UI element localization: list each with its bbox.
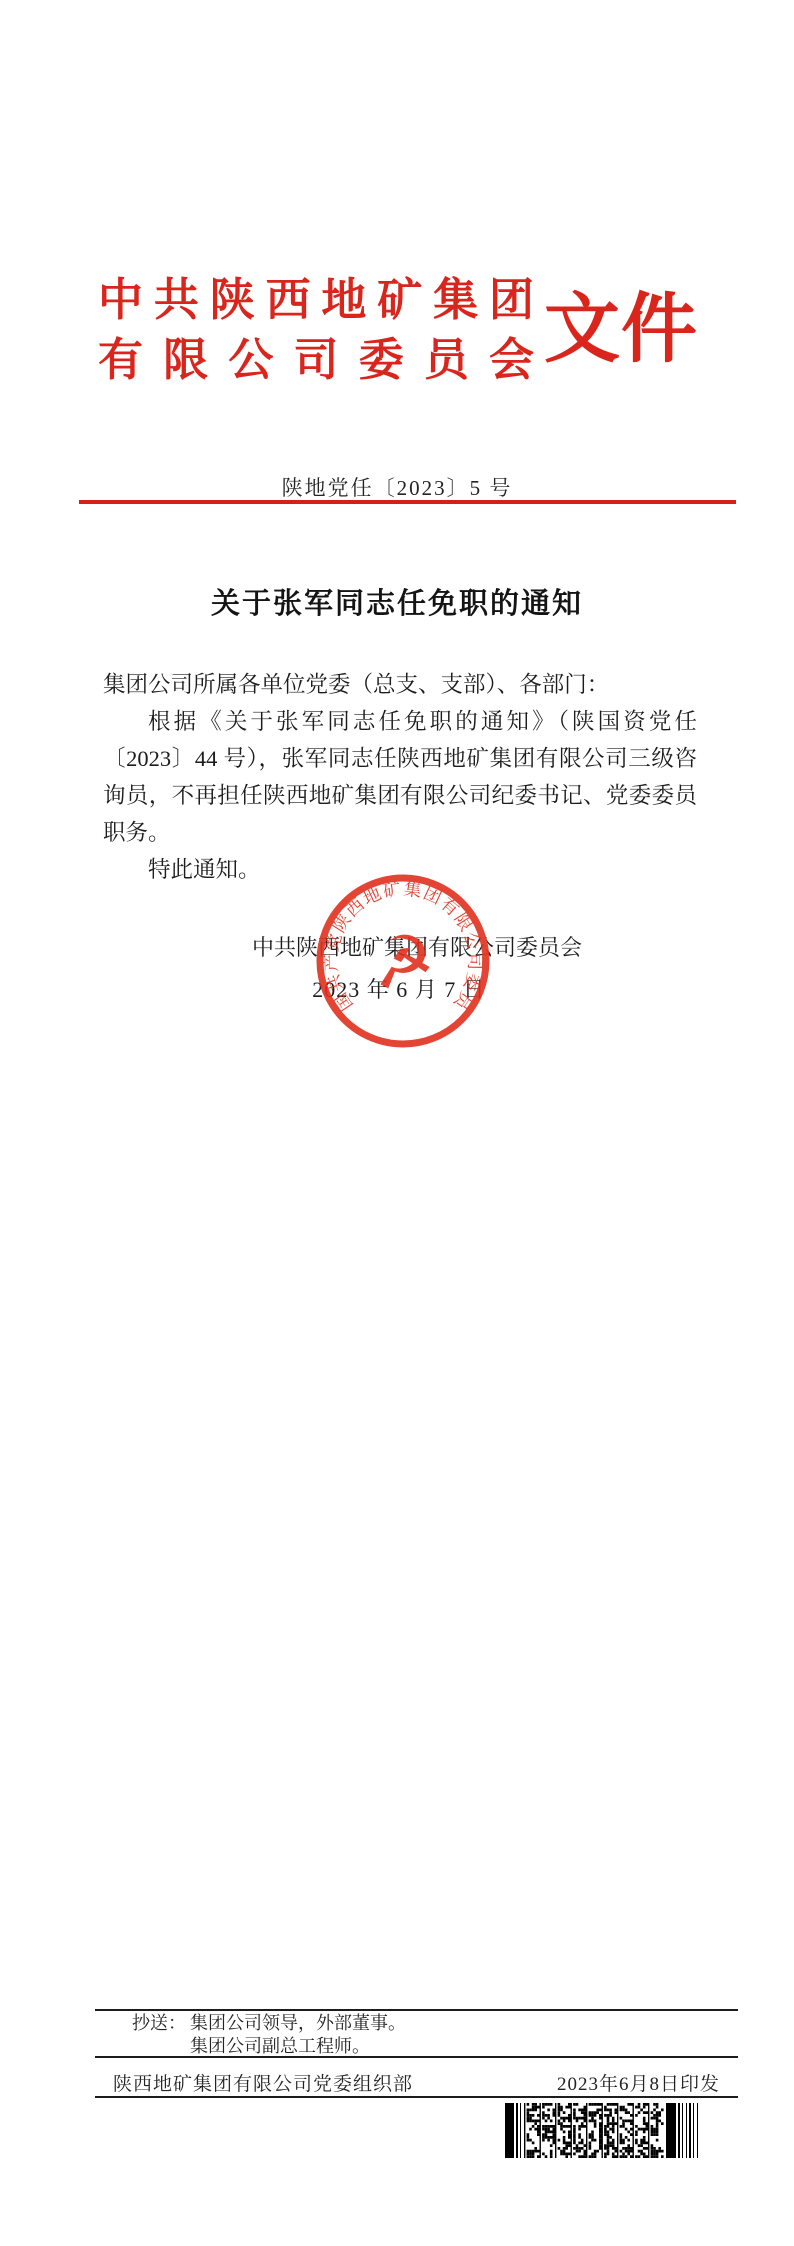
signature-block: 中共陕西地矿集团有限公司委员会 2023 年 6 月 7 日 [250,931,584,1004]
signature-org: 中共陕西地矿集团有限公司委员会 [252,935,582,960]
footer-divider-bottom [95,2096,738,2098]
org-name-line2: 有限公司委员会 [98,330,534,390]
closing-line: 特此通知。 [103,851,697,888]
document-title: 关于张军同志任免职的通知 [0,581,794,622]
issuer-name: 陕西地矿集团有限公司党委组织部 [113,2069,413,2096]
pdf417-barcode-icon [505,2103,701,2158]
org-name-line1: 中共陕西地矿集团 [98,270,534,330]
footer-divider-top [95,2009,738,2011]
official-document-page: 中共陕西地矿集团 有限公司委员会 文件 陕地党任〔2023〕5 号 关于张军同志… [0,0,794,2246]
body-paragraph: 根据《关于张军同志任免职的通知》（陕国资党任〔2023〕44 号），张军同志任陕… [103,703,697,851]
cc-label: 抄送： [132,2012,186,2057]
print-date: 2023年6月8日印发 [557,2069,720,2096]
footer-divider-middle [95,2056,738,2058]
document-number: 陕地党任〔2023〕5 号 [0,472,794,502]
signature-date: 2023 年 6 月 7 日 [232,973,566,1004]
issuer-row: 陕西地矿集团有限公司党委组织部 2023年6月8日印发 [113,2069,720,2096]
cc-block: 抄送： 集团公司领导，外部董事。 集团公司副总工程师。 [132,2012,406,2057]
issuing-org-name: 中共陕西地矿集团 有限公司委员会 [98,270,534,390]
document-word: 文件 [544,292,698,368]
red-divider-line [79,500,736,504]
cc-line1: 集团公司领导，外部董事。 [190,2013,406,2033]
cc-list: 集团公司领导，外部董事。 集团公司副总工程师。 [190,2012,406,2057]
cc-line2: 集团公司副总工程师。 [190,2036,370,2056]
letterhead: 中共陕西地矿集团 有限公司委员会 文件 [98,270,698,390]
document-body: 集团公司所属各单位党委（总支、支部）、各部门： 根据《关于张军同志任免职的通知》… [103,666,697,888]
salutation: 集团公司所属各单位党委（总支、支部）、各部门： [103,666,697,703]
